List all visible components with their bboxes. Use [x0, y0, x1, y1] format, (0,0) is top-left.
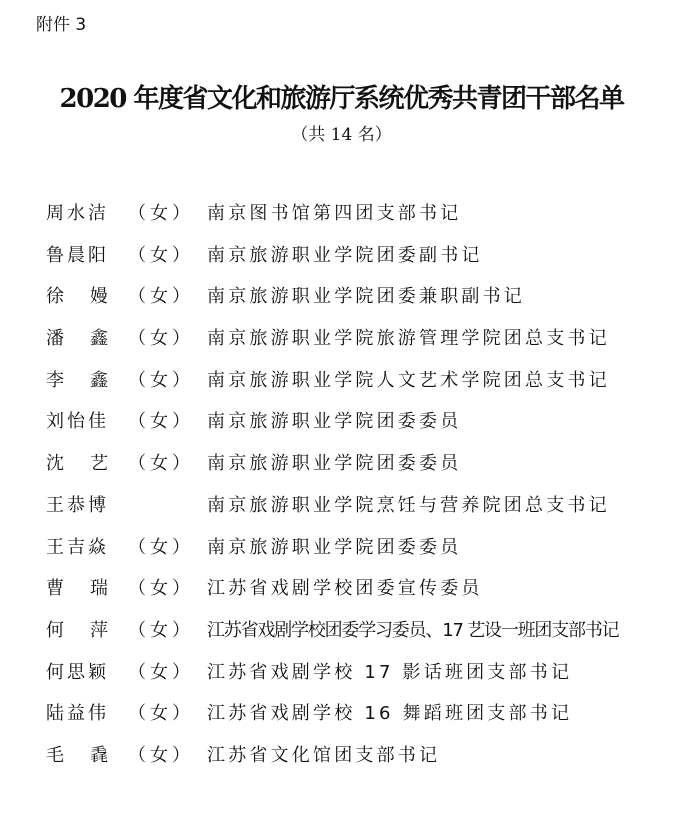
organization-position: 江苏省文化馆团支部书记	[207, 741, 440, 767]
name-char-2: 瑞	[90, 574, 108, 600]
person-name: 陆益伟	[46, 699, 112, 725]
list-item: 周水洁 （女） 南京图书馆第四团支部书记	[0, 196, 683, 238]
gender-label: （女）	[128, 533, 194, 559]
name-char-2: 鑫	[90, 324, 108, 350]
organization-position: 南京图书馆第四团支部书记	[207, 199, 461, 225]
organization-position: 江苏省戏剧学校团委宣传委员	[207, 574, 483, 600]
person-name: 刘怡佳	[46, 407, 112, 433]
person-name: 鲁晨阳	[46, 241, 112, 267]
organization-position: 南京旅游职业学院团委委员	[207, 407, 461, 433]
organization-position: 江苏省戏剧学校 17 影话班团支部书记	[207, 658, 572, 684]
gender-label: （女）	[128, 324, 194, 350]
gender-label: （女）	[128, 616, 194, 642]
gender-label: （女）	[128, 241, 194, 267]
person-name: 周水洁	[46, 199, 112, 225]
organization-position: 南京旅游职业学院团委副书记	[207, 241, 483, 267]
honoree-list: 周水洁 （女） 南京图书馆第四团支部书记 鲁晨阳 （女） 南京旅游职业学院团委副…	[0, 196, 683, 780]
name-char-1: 何	[46, 616, 64, 642]
list-item: 何 萍 （女） 江苏省戏剧学校团委学习委员、17 艺设一班团支部书记	[0, 613, 683, 655]
list-item: 潘 鑫 （女） 南京旅游职业学院旅游管理学院团总支书记	[0, 321, 683, 363]
name-char-1: 毛	[46, 741, 64, 767]
organization-position: 南京旅游职业学院烹饪与营养院团总支书记	[207, 491, 610, 517]
person-name: 何思颖	[46, 658, 112, 684]
organization-position: 南京旅游职业学院团委委员	[207, 533, 461, 559]
gender-label: （女）	[128, 658, 194, 684]
gender-label: （女）	[128, 407, 194, 433]
list-item: 鲁晨阳 （女） 南京旅游职业学院团委副书记	[0, 238, 683, 280]
list-item: 曹 瑞 （女） 江苏省戏剧学校团委宣传委员	[0, 571, 683, 613]
list-item: 王吉焱 （女） 南京旅游职业学院团委委员	[0, 530, 683, 572]
attachment-label: 附件 3	[36, 10, 86, 35]
gender-label: （女）	[128, 741, 194, 767]
list-item: 刘怡佳 （女） 南京旅游职业学院团委委员	[0, 404, 683, 446]
organization-position: 江苏省戏剧学校团委学习委员、17 艺设一班团支部书记	[207, 616, 618, 642]
page-subtitle: （共 14 名）	[0, 120, 683, 145]
person-name: 王恭博	[46, 491, 112, 517]
gender-label: （女）	[128, 699, 194, 725]
name-char-1: 曹	[46, 574, 64, 600]
list-item: 沈 艺 （女） 南京旅游职业学院团委委员	[0, 446, 683, 488]
name-char-2: 毳	[90, 741, 108, 767]
list-item: 毛 毳 （女） 江苏省文化馆团支部书记	[0, 738, 683, 780]
organization-position: 南京旅游职业学院团委委员	[207, 449, 461, 475]
gender-label: （女）	[128, 449, 194, 475]
name-char-1: 潘	[46, 324, 64, 350]
gender-label: （女）	[128, 366, 194, 392]
gender-label: （女）	[128, 574, 194, 600]
person-name: 王吉焱	[46, 533, 112, 559]
gender-label: （女）	[128, 199, 194, 225]
list-item: 陆益伟 （女） 江苏省戏剧学校 16 舞蹈班团支部书记	[0, 696, 683, 738]
name-char-1: 李	[46, 366, 64, 392]
organization-position: 南京旅游职业学院旅游管理学院团总支书记	[207, 324, 610, 350]
name-char-2: 嫚	[90, 282, 108, 308]
list-item: 李 鑫 （女） 南京旅游职业学院人文艺术学院团总支书记	[0, 363, 683, 405]
organization-position: 江苏省戏剧学校 16 舞蹈班团支部书记	[207, 699, 572, 725]
list-item: 徐 嫚 （女） 南京旅游职业学院团委兼职副书记	[0, 279, 683, 321]
name-char-1: 沈	[46, 449, 64, 475]
list-item: 何思颖 （女） 江苏省戏剧学校 17 影话班团支部书记	[0, 655, 683, 697]
name-char-2: 鑫	[90, 366, 108, 392]
gender-label: （女）	[128, 282, 194, 308]
organization-position: 南京旅游职业学院人文艺术学院团总支书记	[207, 366, 610, 392]
name-char-2: 艺	[90, 449, 108, 475]
name-char-2: 萍	[90, 616, 108, 642]
page-title: 2020 年度省文化和旅游厅系统优秀共青团干部名单	[0, 78, 683, 115]
name-char-1: 徐	[46, 282, 64, 308]
list-item: 王恭博 南京旅游职业学院烹饪与营养院团总支书记	[0, 488, 683, 530]
organization-position: 南京旅游职业学院团委兼职副书记	[207, 282, 525, 308]
